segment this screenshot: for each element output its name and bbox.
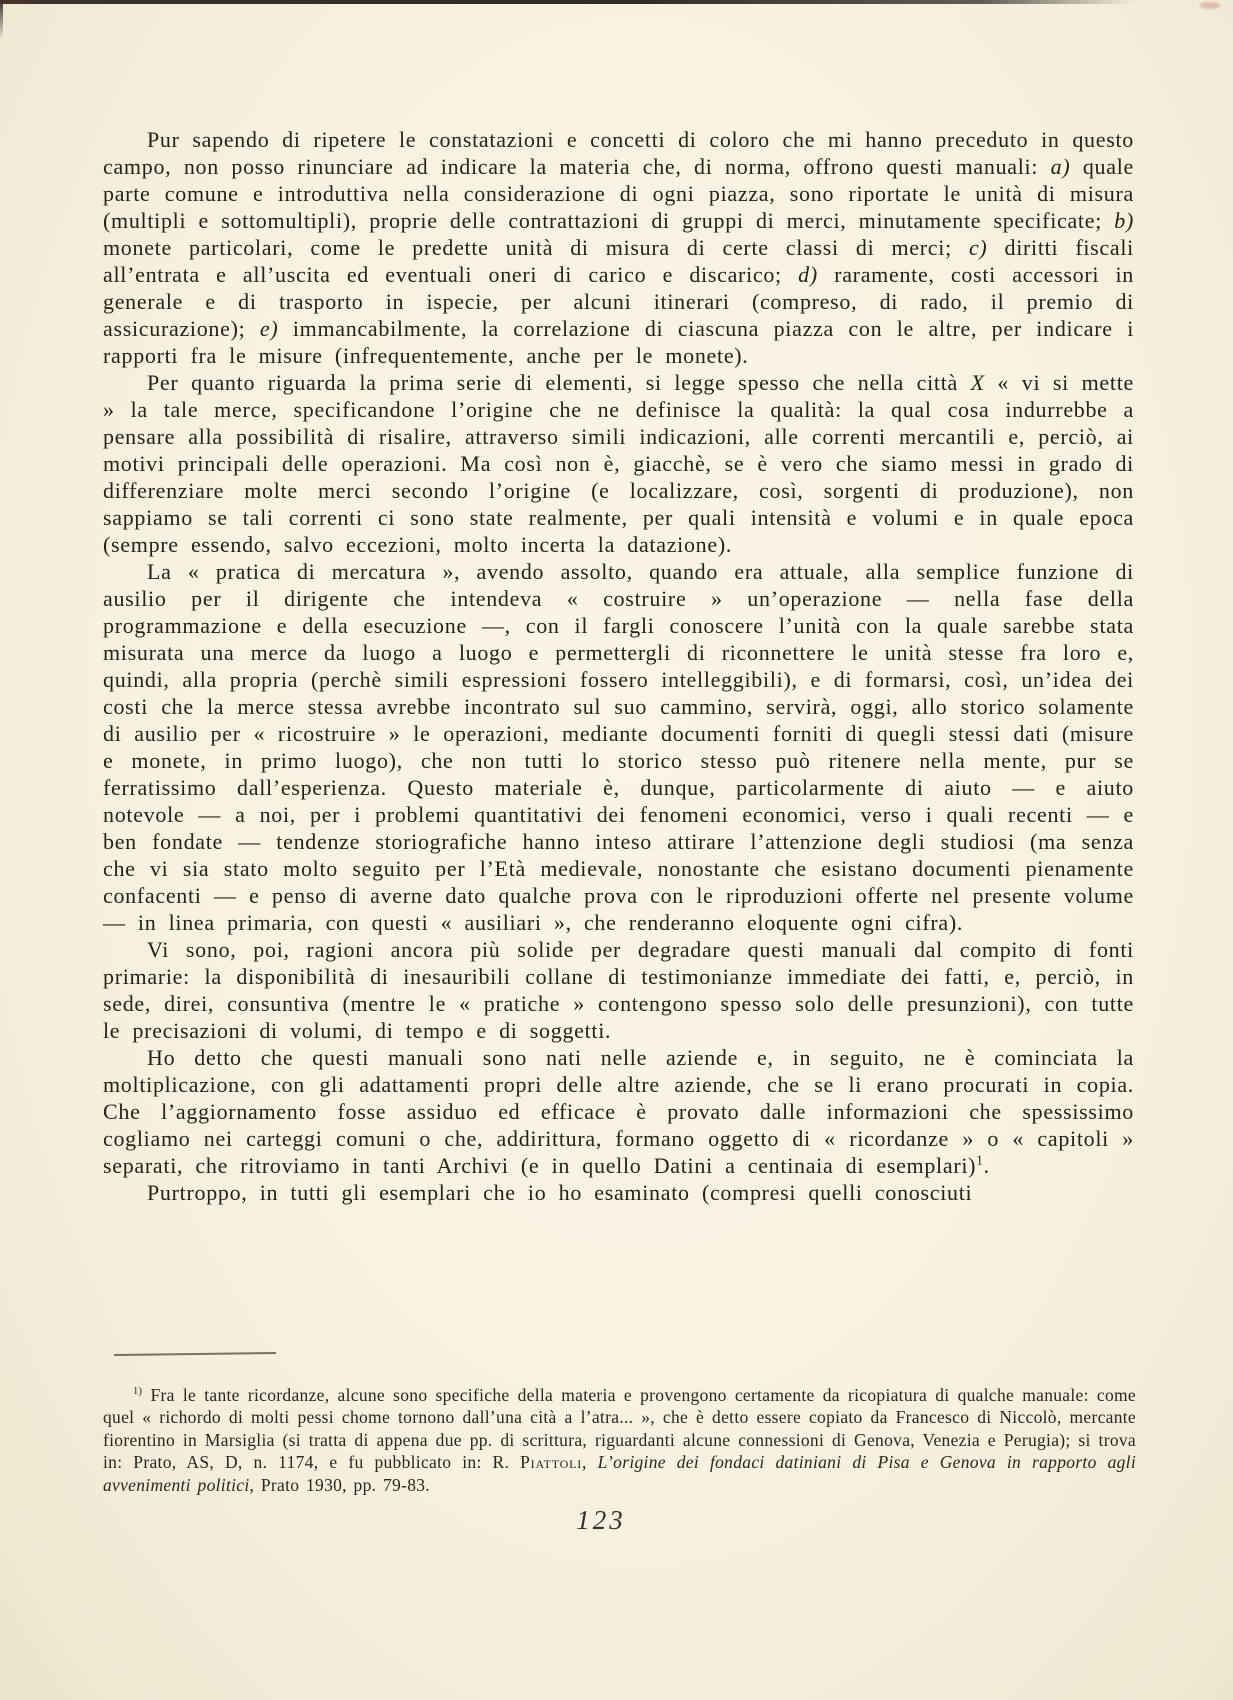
paragraph-4: Vi sono, poi, ragioni ancora più solide …	[103, 936, 1134, 1044]
book-page: Pur sapendo di ripetere le constatazioni…	[0, 0, 1233, 1700]
text-run: X	[971, 370, 985, 395]
text-run: Per quanto riguarda la prima serie di el…	[147, 370, 971, 395]
text-run: Vi sono, poi, ragioni ancora più solide …	[103, 937, 1134, 1043]
text-run: a)	[1051, 154, 1071, 179]
page-number: 123	[536, 1505, 666, 1536]
text-run: d)	[798, 262, 818, 287]
text-run: monete particolari, come le predette uni…	[103, 235, 969, 260]
paragraph-5: Ho detto che questi manuali sono nati ne…	[103, 1044, 1134, 1179]
scan-smudge-artifact	[1200, 2, 1220, 9]
text-run: Piattoli	[520, 1452, 582, 1472]
scan-edge-top-artifact	[0, 0, 1158, 4]
text-run: 1)	[133, 1386, 142, 1397]
body-text-block: Pur sapendo di ripetere le constatazioni…	[103, 126, 1134, 1206]
paragraph-1: Pur sapendo di ripetere le constatazioni…	[103, 126, 1134, 369]
text-run: b)	[1114, 208, 1134, 233]
text-run: 1	[976, 1153, 983, 1168]
text-run: Purtroppo, in tutti gli esemplari che io…	[147, 1180, 972, 1205]
text-run: Pur sapendo di ripetere le constatazioni…	[103, 127, 1134, 179]
text-run: « vi si mette » la tale merce, specifica…	[103, 370, 1134, 557]
paragraph-3: La « pratica di mercatura », avendo asso…	[103, 558, 1134, 936]
text-run: .	[984, 1153, 990, 1178]
text-run: La « pratica di mercatura », avendo asso…	[103, 559, 1134, 935]
footnote-text: 1) Fra le tante ricordanze, alcune sono …	[103, 1384, 1136, 1496]
footnote-divider-rule	[114, 1352, 276, 1356]
paragraph-6: Purtroppo, in tutti gli esemplari che io…	[103, 1179, 1134, 1206]
text-run: e)	[260, 316, 279, 341]
text-run: ,	[582, 1452, 598, 1472]
text-run: c)	[969, 235, 988, 260]
paragraph-2: Per quanto riguarda la prima serie di el…	[103, 369, 1134, 558]
scan-edge-left-artifact	[0, 0, 3, 40]
text-run: , Prato 1930, pp. 79-83.	[250, 1475, 430, 1495]
